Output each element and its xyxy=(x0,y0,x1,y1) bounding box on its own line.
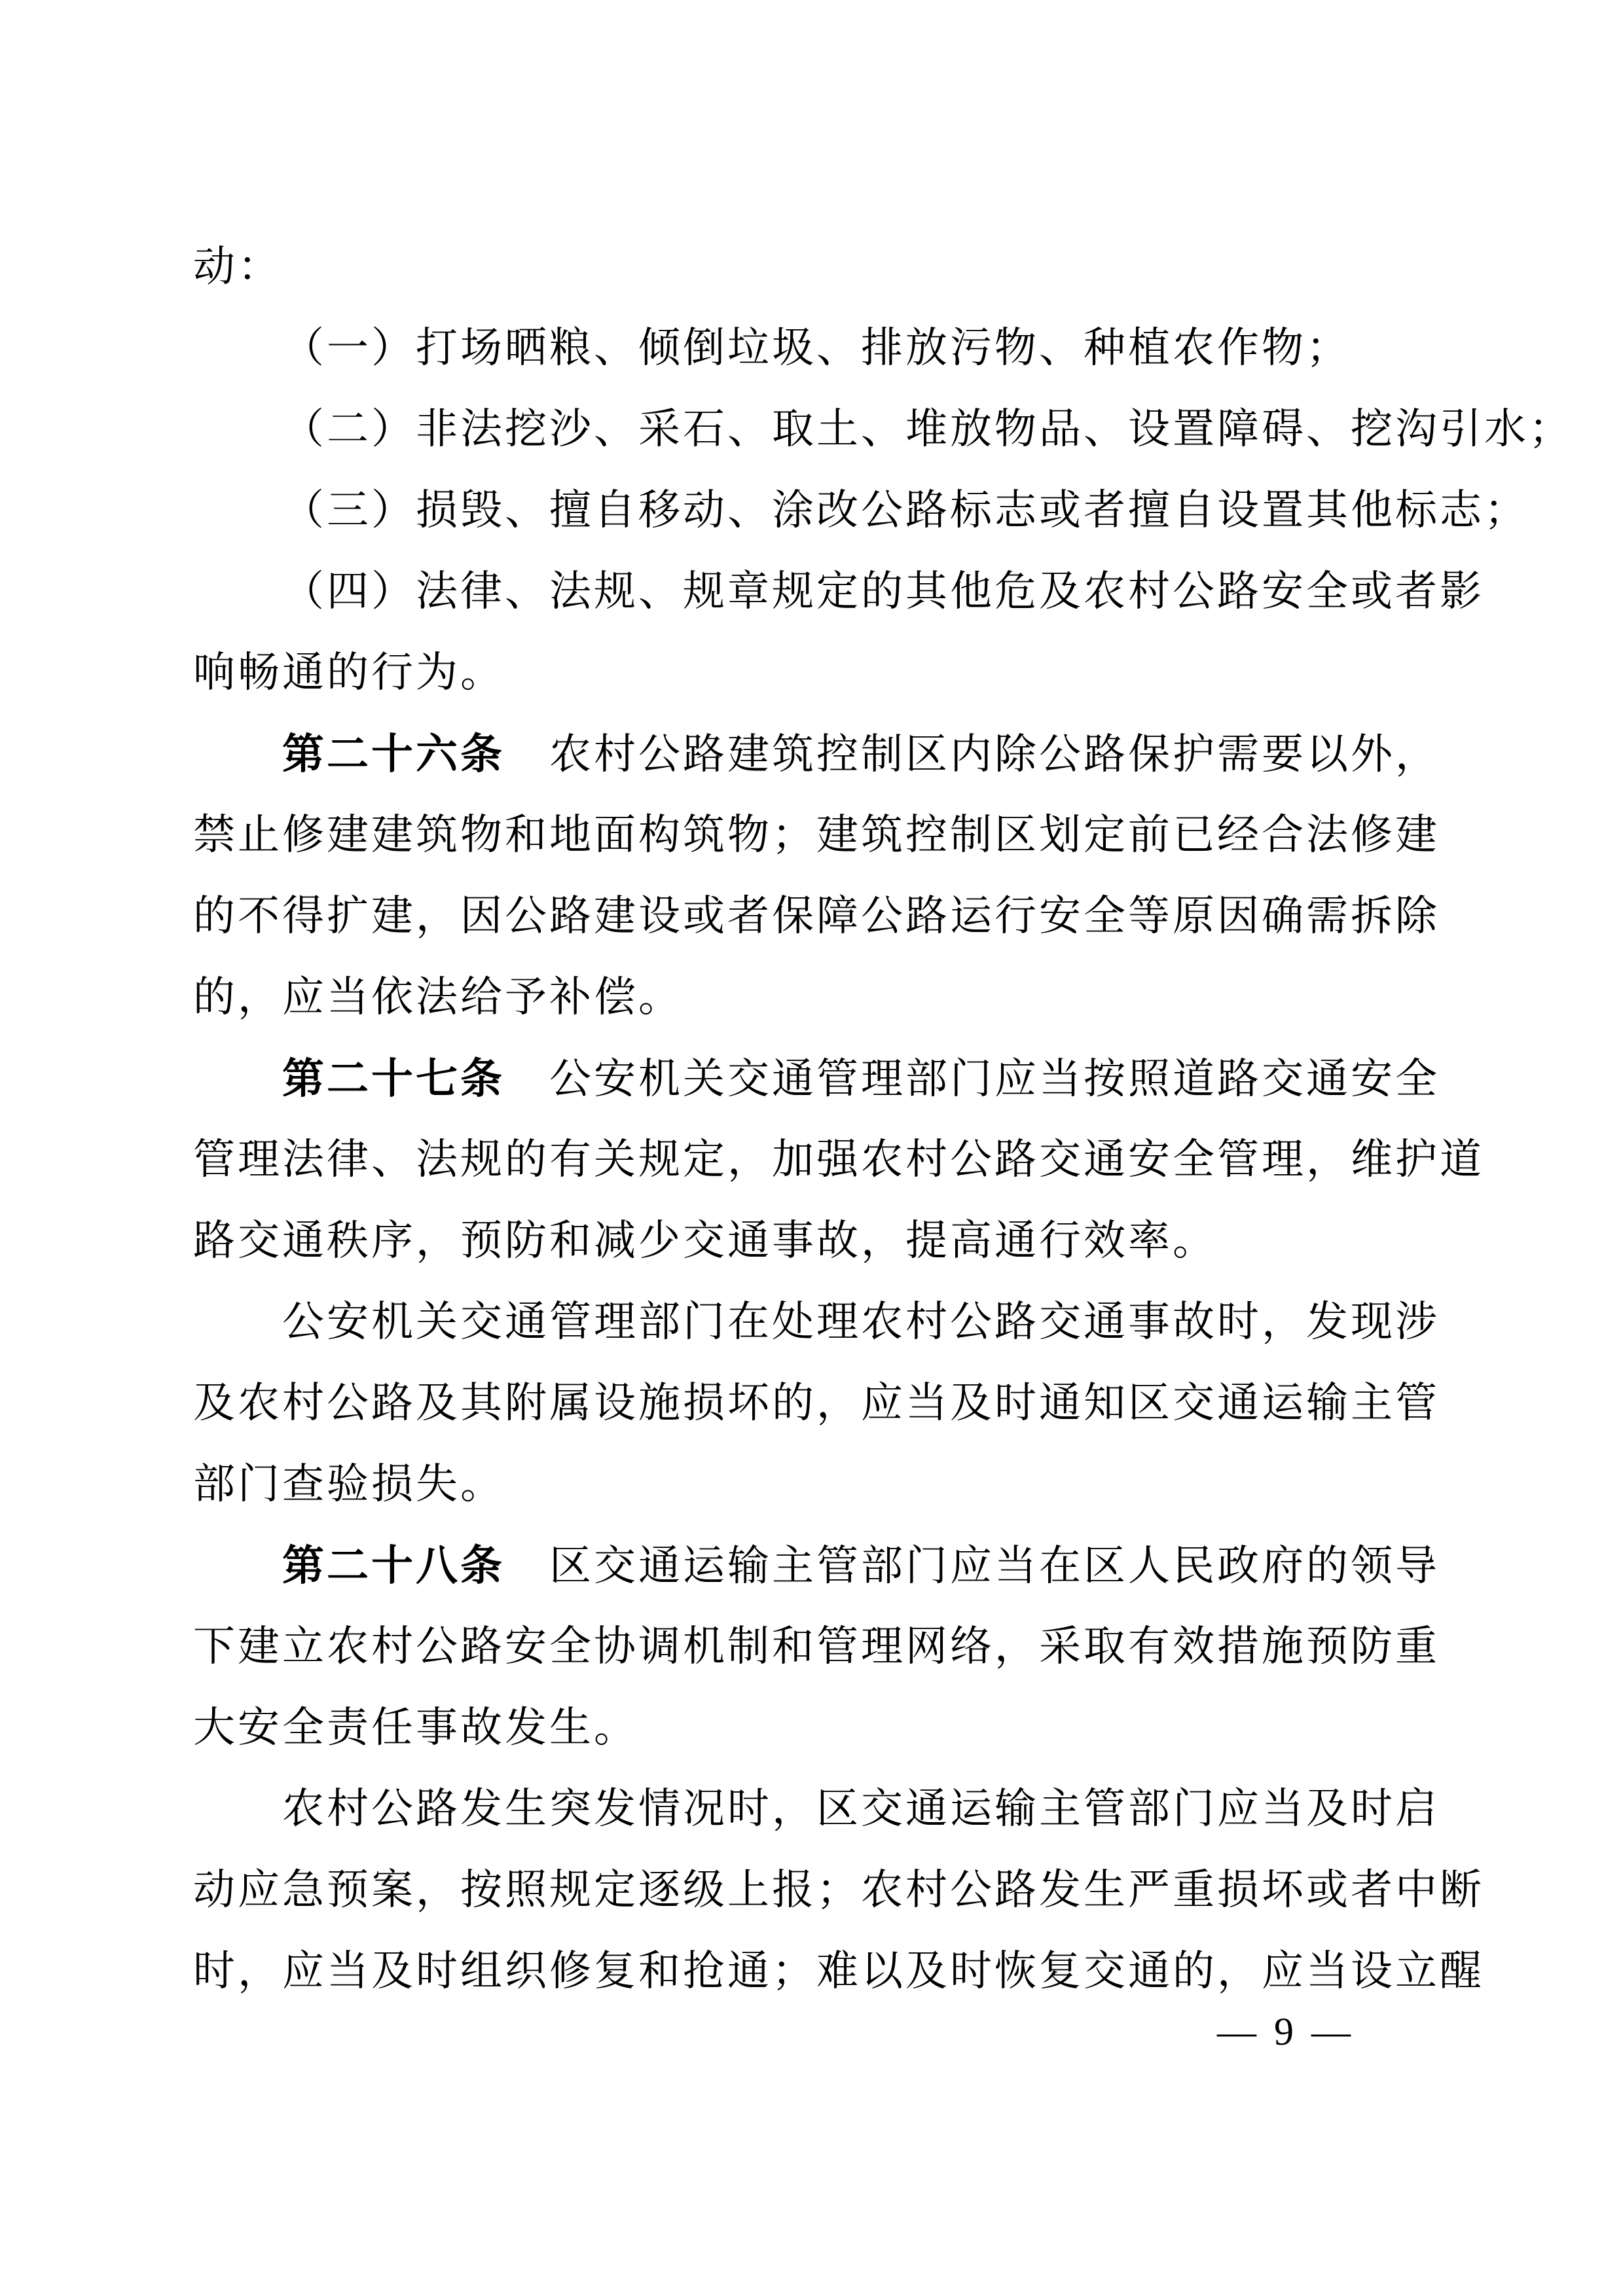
article-number-heading: 第二十八条 xyxy=(282,1542,505,1589)
text-line: （一）打场晒粮、倾倒垃圾、排放污物、种植农作物； xyxy=(193,308,1445,389)
text-line: 的不得扩建，因公路建设或者保障公路运行安全等原因确需拆除 xyxy=(193,876,1445,957)
text-line: 动应急预案，按照规定逐级上报；农村公路发生严重损坏或者中断 xyxy=(193,1850,1445,1931)
text-line: 时，应当及时组织修复和抢通；难以及时恢复交通的，应当设立醒 xyxy=(193,1931,1445,2012)
text-line: 第二十七条 公安机关交通管理部门应当按照道路交通安全 xyxy=(193,1038,1445,1119)
text-line: 第二十六条 农村公路建筑控制区内除公路保护需要以外， xyxy=(193,713,1445,795)
text-line: 禁止修建建筑物和地面构筑物；建筑控制区划定前已经合法修建 xyxy=(193,795,1445,876)
page-number: — 9 — xyxy=(1217,2011,1355,2053)
article-number-heading: 第二十七条 xyxy=(282,1055,505,1102)
text-line: 大安全责任事故发生。 xyxy=(193,1687,1445,1768)
text-line: （二）非法挖沙、采石、取土、堆放物品、设置障碍、挖沟引水； xyxy=(193,389,1445,470)
text-line: 部门查验损失。 xyxy=(193,1444,1445,1525)
text-line: 路交通秩序，预防和减少交通事故，提高通行效率。 xyxy=(193,1200,1445,1282)
text-line: 下建立农村公路安全协调机制和管理网络，采取有效措施预防重 xyxy=(193,1606,1445,1687)
text-line: （三）损毁、擅自移动、涂改公路标志或者擅自设置其他标志； xyxy=(193,470,1445,551)
text-line: 农村公路发生突发情况时，区交通运输主管部门应当及时启 xyxy=(193,1768,1445,1850)
text-line: 及农村公路及其附属设施损坏的，应当及时通知区交通运输主管 xyxy=(193,1363,1445,1444)
text-line: 公安机关交通管理部门在处理农村公路交通事故时，发现涉 xyxy=(193,1282,1445,1363)
document-page: 动：（一）打场晒粮、倾倒垃圾、排放污物、种植农作物；（二）非法挖沙、采石、取土、… xyxy=(0,0,1623,2296)
text-line: 第二十八条 区交通运输主管部门应当在区人民政府的领导 xyxy=(193,1525,1445,1606)
text-line: 响畅通的行为。 xyxy=(193,632,1445,713)
text-line: （四）法律、法规、规章规定的其他危及农村公路安全或者影 xyxy=(193,551,1445,632)
text-line: 的，应当依法给予补偿。 xyxy=(193,957,1445,1038)
text-line: 动： xyxy=(193,226,1445,308)
text-line: 管理法律、法规的有关规定，加强农村公路交通安全管理，维护道 xyxy=(193,1119,1445,1200)
document-body: 动：（一）打场晒粮、倾倒垃圾、排放污物、种植农作物；（二）非法挖沙、采石、取土、… xyxy=(193,226,1445,2012)
article-number-heading: 第二十六条 xyxy=(282,730,505,778)
